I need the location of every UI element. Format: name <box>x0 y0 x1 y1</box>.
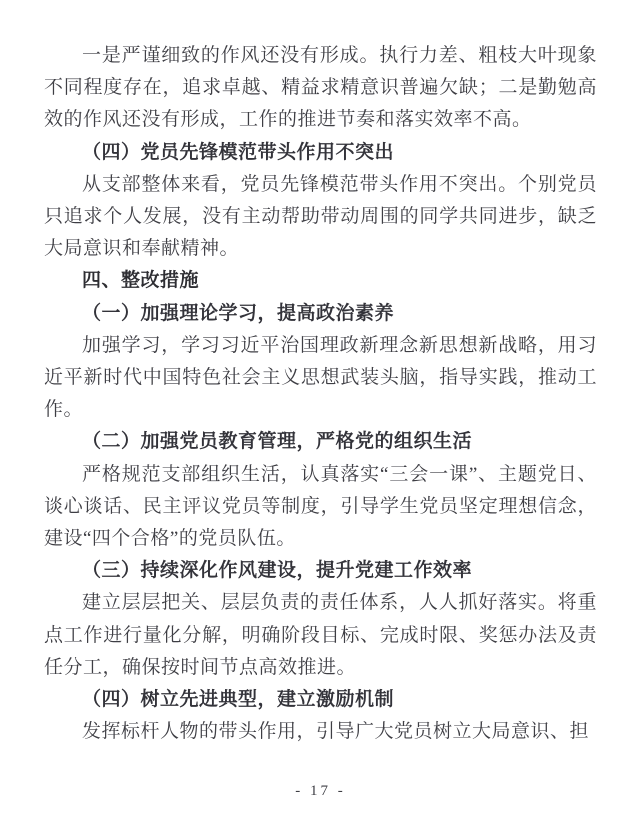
body-paragraph: 发挥标杆人物的带头作用，引导广大党员树立大局意识、担 <box>44 716 597 748</box>
body-paragraph: 加强学习，学习习近平治国理政新理念新思想新战略，用习近平新时代中国特色社会主义思… <box>44 330 597 427</box>
body-paragraph: 建立层层把关、层层负责的责任体系，人人抓好落实。将重点工作进行量化分解，明确阶段… <box>44 587 597 684</box>
subsection-heading: （一）加强理论学习，提高政治素养 <box>44 298 597 330</box>
body-paragraph: 一是严谨细致的作风还没有形成。执行力差、粗枝大叶现象不同程度存在，追求卓越、精益… <box>44 40 597 137</box>
subsection-heading: （二）加强党员教育管理，严格党的组织生活 <box>44 426 597 458</box>
page-number: - 17 - <box>0 783 641 800</box>
body-paragraph: 从支部整体来看，党员先锋模范带头作用不突出。个别党员只追求个人发展，没有主动帮助… <box>44 169 597 266</box>
subsection-heading: （三）持续深化作风建设，提升党建工作效率 <box>44 555 597 587</box>
subsection-heading: （四）党员先锋模范带头作用不突出 <box>44 137 597 169</box>
body-paragraph: 严格规范支部组织生活，认真落实“三会一课”、主题党日、谈心谈话、民主评议党员等制… <box>44 459 597 556</box>
subsection-heading: （四）树立先进典型，建立激励机制 <box>44 684 597 716</box>
document-page: 一是严谨细致的作风还没有形成。执行力差、粗枝大叶现象不同程度存在，追求卓越、精益… <box>0 0 641 838</box>
chapter-heading: 四、整改措施 <box>44 265 597 297</box>
document-content: 一是严谨细致的作风还没有形成。执行力差、粗枝大叶现象不同程度存在，追求卓越、精益… <box>44 40 597 748</box>
